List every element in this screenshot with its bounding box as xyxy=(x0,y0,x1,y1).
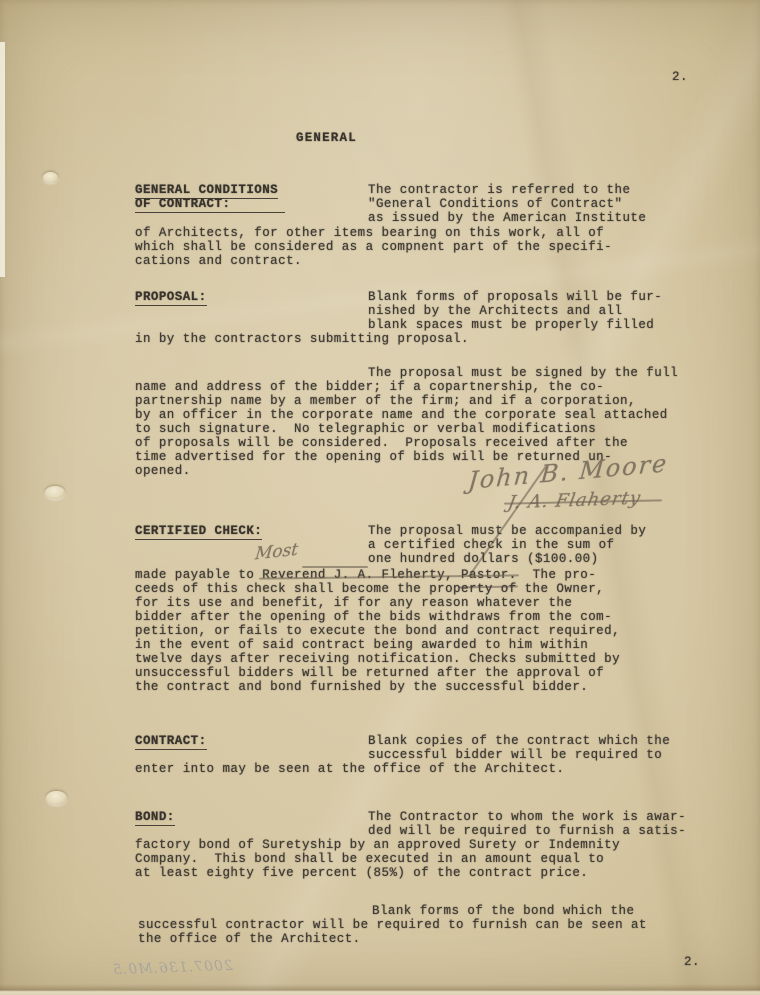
typed-line: ded will be required to furnish a satis- xyxy=(368,824,686,838)
section-heading-bond: BOND: xyxy=(135,810,175,826)
typed-line: petition, or fails to execute the bond a… xyxy=(135,624,620,638)
section-heading-general-conditions-2: OF CONTRACT: xyxy=(135,197,285,213)
typed-line: The proposal must be signed by the full xyxy=(368,366,678,380)
typed-line: Company. This bond shall be executed in … xyxy=(135,852,604,866)
typed-line: by an officer in the corporate name and … xyxy=(135,408,668,422)
typed-line: Blank forms of the bond which the xyxy=(372,904,634,918)
typed-line: enter into may be seen at the office of … xyxy=(135,762,564,776)
typed-line: one hundred dollars ($100.00) xyxy=(368,552,599,566)
typed-line: in the event of said contract being awar… xyxy=(135,638,588,652)
typed-line: a certified check in the sum of xyxy=(368,538,615,552)
typed-line: Blank copies of the contract which the xyxy=(368,734,670,748)
typed-line: unsuccessful bidders will be returned af… xyxy=(135,666,604,680)
typed-line-made-payable: made payable to Reverend J. A. Fleherty,… xyxy=(135,568,596,582)
typed-line: successful contractor will be required t… xyxy=(138,918,647,932)
typed-line: as issued by the American Institute xyxy=(368,211,646,225)
section-heading-certified-check: CERTIFIED CHECK: xyxy=(135,524,262,540)
typed-line: twelve days after receiving notification… xyxy=(135,652,620,666)
typed-line: which shall be considered as a compnent … xyxy=(135,240,612,254)
typed-line: ceeds of this check shall become the pro… xyxy=(135,582,604,596)
typed-line: The contractor is referred to the xyxy=(368,183,630,197)
typed-line: the office of the Architect. xyxy=(138,932,361,946)
typed-line: Blank forms of proposals will be fur- xyxy=(368,290,662,304)
page-title: GENERAL xyxy=(296,131,357,145)
section-heading-contract: CONTRACT: xyxy=(135,734,207,750)
binder-hole xyxy=(45,486,65,499)
typed-line: opened. xyxy=(135,464,191,478)
typed-line: nished by the Architects and all xyxy=(368,304,622,318)
binder-hole xyxy=(46,791,67,805)
typed-line: cations and contract. xyxy=(135,254,302,268)
typed-line: The Contractor to whom the work is awar- xyxy=(368,810,686,824)
typed-line: partnership name by a member of the firm… xyxy=(135,394,636,408)
typed-line: bidder after the opening of the bids wit… xyxy=(135,610,612,624)
typed-line: to such signature. No telegraphic or ver… xyxy=(135,422,596,436)
typed-line: The proposal must be accompanied by xyxy=(368,524,646,538)
typed-line: "General Conditions of Contract" xyxy=(368,197,622,211)
typed-line: in by the contractors submitting proposa… xyxy=(135,332,469,346)
scan-edge-sliver xyxy=(0,42,5,277)
scan-edge-bottom xyxy=(0,984,760,995)
page-number-bottom: 2. xyxy=(684,955,700,969)
typed-line: blank spaces must be properly filled xyxy=(368,318,654,332)
mirrored-accession-number: 2007.136.M0.5 xyxy=(112,958,233,978)
typed-line: factory bond of Suretyship by an approve… xyxy=(135,838,620,852)
typed-line: for its use and benefit, if for any reas… xyxy=(135,596,572,610)
typed-line: of proposals will be considered. Proposa… xyxy=(135,436,628,450)
handwritten-note-most: Most xyxy=(254,540,299,565)
page-number-top: 2. xyxy=(672,70,688,84)
typed-line: name and address of the bidder; if a cop… xyxy=(135,380,604,394)
typed-line: the contract and bond furnished by the s… xyxy=(135,680,588,694)
section-heading-proposal: PROPOSAL: xyxy=(135,290,207,306)
binder-hole xyxy=(43,172,58,183)
typed-line: at least eighty five percent (85%) of th… xyxy=(135,866,588,880)
scanned-document-page: 2. 2. GENERAL GENERAL CONDITIONS OF CONT… xyxy=(0,0,760,995)
typed-line: successful bidder will be required to xyxy=(368,748,662,762)
typed-line: of Architects, for other items bearing o… xyxy=(135,226,604,240)
